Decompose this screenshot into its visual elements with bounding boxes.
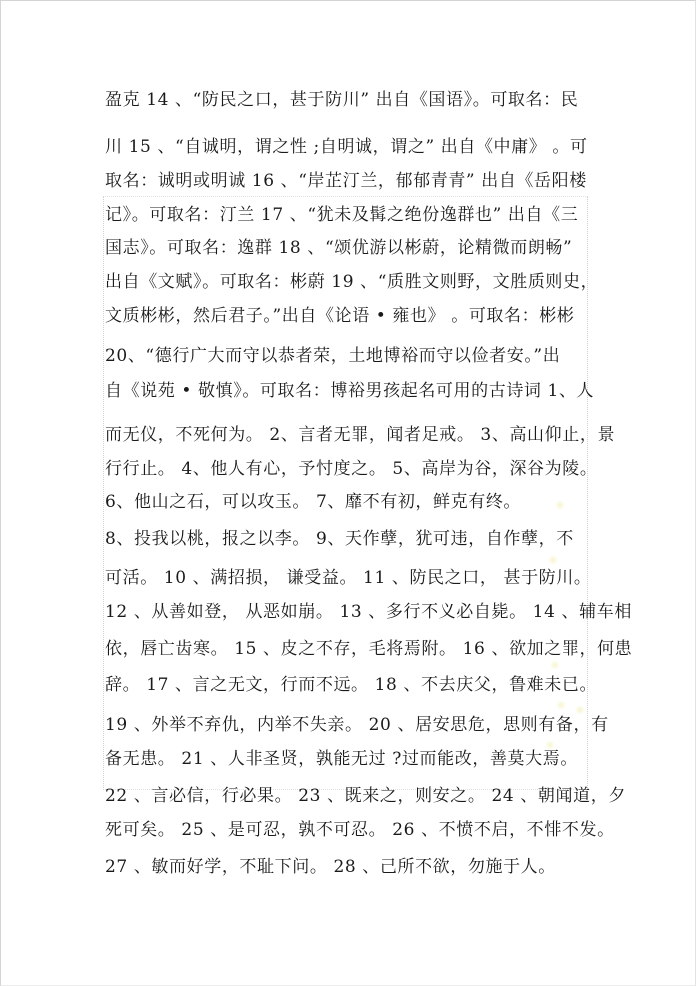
text-line: 12 、从善如登， 从恶如崩。 13 、多行不义必自毙。 14 、辅车相 <box>105 602 632 622</box>
text-line: 记》。可取名：汀兰 17 、“犹未及髯之绝份逸群也” 出自《三 <box>105 205 578 225</box>
text-line: 辞。 17 、言之无文，行而不远。 18 、不去庆父，鲁难未已。 <box>105 675 597 695</box>
text-line: 22 、言必信，行必果。 23 、既来之，则安之。 24 、朝闻道，夕 <box>105 786 626 806</box>
text-line: 备无患。 21 、人非圣贤，孰能无过 ?过而能改，善莫大焉。 <box>105 749 578 769</box>
text-line: 依，唇亡齿寒。 15 、皮之不存，毛将焉附。 16 、欲加之罪，何患 <box>105 639 632 659</box>
decorative-speck <box>556 700 566 710</box>
decorative-speck <box>548 555 558 565</box>
text-line: 6、他山之石，可以攻玉。 7、靡不有初，鲜克有终。 <box>105 492 521 512</box>
text-line: 27 、敏而好学，不耻下问。 28 、己所不欲，勿施于人。 <box>105 857 556 877</box>
text-line: 取名：诚明或明诚 16 、“岸芷汀兰，郁郁青青” 出自《岳阳楼 <box>105 171 587 191</box>
text-line: 8、投我以桃，报之以李。 9、天作孽，犹可违，自作孽，不 <box>105 529 574 549</box>
text-line: 死可矣。 25 、是可忍，孰不可忍。 26 、不愤不启，不悱不发。 <box>105 820 615 840</box>
text-line: 盈克 14 、“防民之口，甚于防川” 出自《国语》。可取名：民 <box>105 90 578 110</box>
text-line: 而无仪，不死何为。 2、言者无罪，闻者足戒。 3、高山仰止，景 <box>105 425 615 445</box>
decorative-speck <box>555 500 565 510</box>
text-line: 国志》。可取名：逸群 18 、“颂优游以彬蔚，论精微而朗畅” <box>105 238 572 258</box>
text-line: 可活。 10 、满招损， 谦受益。 11 、防民之口， 甚于防川。 <box>105 568 592 588</box>
text-line: 自《说苑 • 敬慎》。可取名：博裕男孩起名可用的古诗词 1、人 <box>105 381 594 401</box>
decorative-speck <box>575 705 585 715</box>
text-line: 出自《文赋》。可取名：彬蔚 19 、“质胜文则野，文胜质则史， <box>105 272 598 292</box>
text-line: 20、“德行广大而守以恭者荣，土地博裕而守以俭者安。”出 <box>105 346 560 366</box>
text-line: 文质彬彬，然后君子。”出自《论语 • 雍也》 。可取名：彬彬 <box>105 306 574 326</box>
decorative-speck <box>550 660 560 670</box>
text-line: 行行止。 4、他人有心，予忖度之。 5、高岸为谷，深谷为陵。 <box>105 459 597 479</box>
text-line: 川 15 、“自诚明，谓之性 ;自明诚，谓之” 出自《中庸》 。可 <box>105 137 588 157</box>
decorative-speck <box>545 740 555 750</box>
text-line: 19 、外举不弃仇，内举不失亲。 20 、居安思危，思则有备，有 <box>105 715 609 735</box>
